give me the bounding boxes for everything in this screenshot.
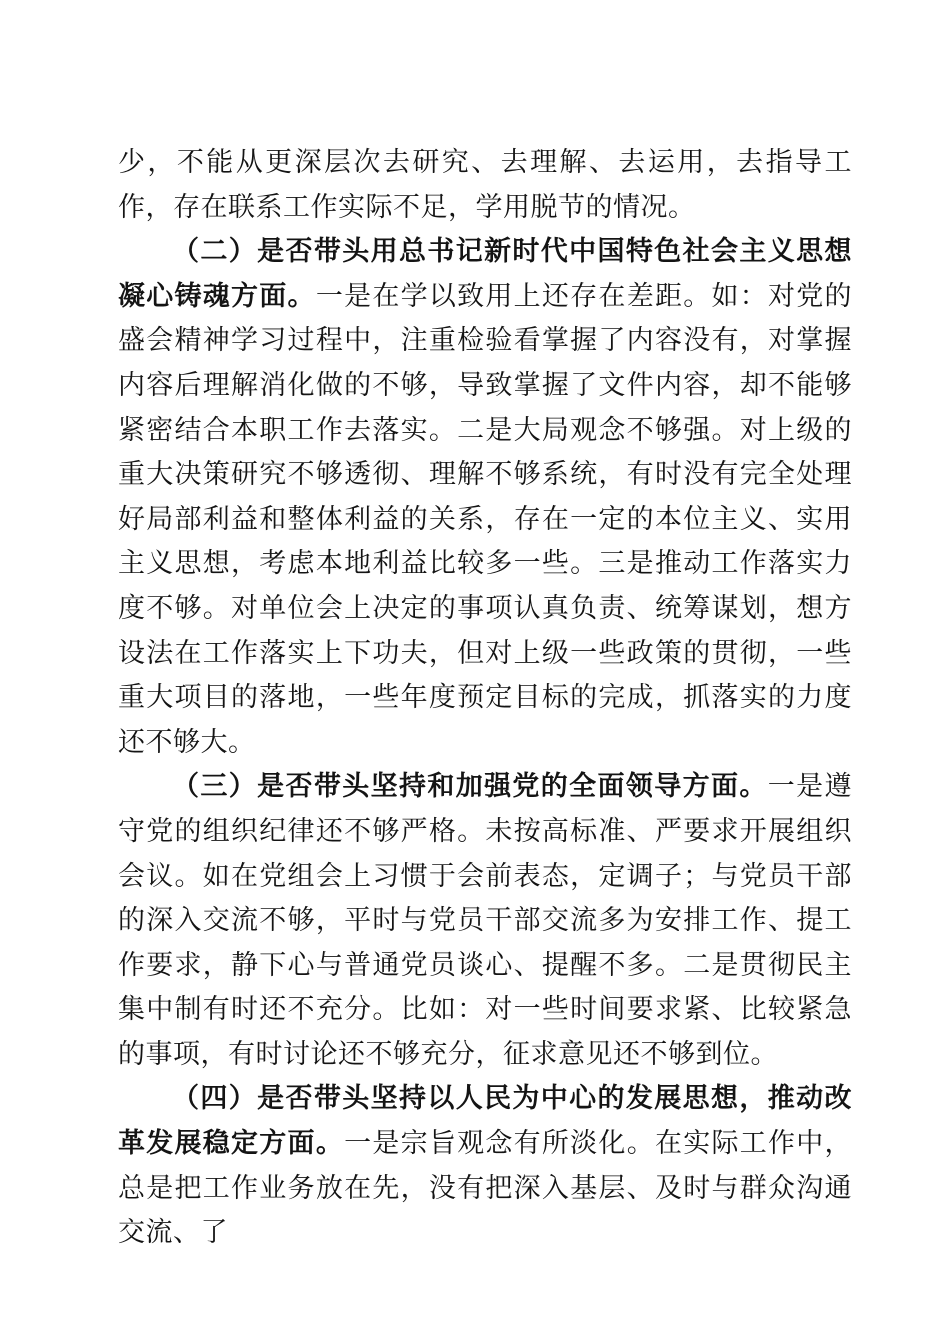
body-text: 一是遵守党的组织纪律还不够严格。未按高标准、严要求开展组织会议。如在党组会上习惯… bbox=[118, 771, 852, 1069]
document-page: 少，不能从更深层次去研究、去理解、去运用，去指导工作，存在联系工作实际不足，学用… bbox=[0, 0, 950, 1344]
paragraph-section-3: （三）是否带头坚持和加强党的全面领导方面。一是遵守党的组织纪律还不够严格。未按高… bbox=[118, 764, 852, 1076]
paragraph-section-4: （四）是否带头坚持以人民为中心的发展思想，推动改革发展稳定方面。一是宗旨观念有所… bbox=[118, 1076, 852, 1254]
document-text-block: 少，不能从更深层次去研究、去理解、去运用，去指导工作，存在联系工作实际不足，学用… bbox=[118, 140, 852, 1255]
body-text: 少，不能从更深层次去研究、去理解、去运用，去指导工作，存在联系工作实际不足，学用… bbox=[118, 147, 852, 222]
paragraph-section-2: （二）是否带头用总书记新时代中国特色社会主义思想凝心铸魂方面。一是在学以致用上还… bbox=[118, 229, 852, 764]
body-text: 一是在学以致用上还存在差距。如：对党的盛会精神学习过程中，注重检验看掌握了内容没… bbox=[118, 281, 852, 757]
section-heading-text: （三）是否带头坚持和加强党的全面领导方面。 bbox=[172, 771, 768, 801]
paragraph-continuation: 少，不能从更深层次去研究、去理解、去运用，去指导工作，存在联系工作实际不足，学用… bbox=[118, 140, 852, 229]
